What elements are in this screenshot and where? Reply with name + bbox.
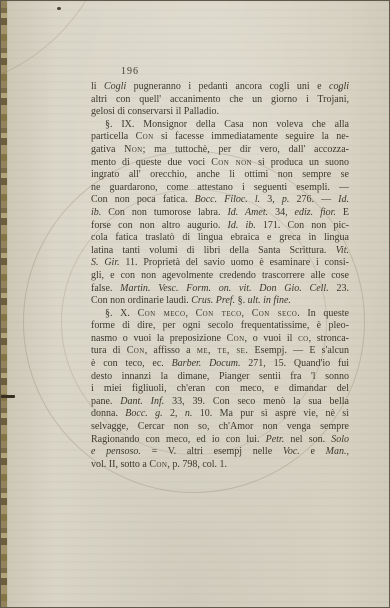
- text-segment: false.: [91, 283, 120, 294]
- text-segment: selvagge, Cercar non so, ch'Amor non ven…: [91, 421, 349, 432]
- text-line: gativa Non; ma tuttochè, per dir vero, d…: [91, 144, 349, 157]
- text-segment: ingrato all' orecchio, anche li ottimi n…: [91, 169, 349, 180]
- text-line: li Cogli pugneranno i pedanti ancora cog…: [91, 81, 349, 94]
- text-segment: donna.: [91, 408, 125, 419]
- text-segment: Con meco: [138, 308, 186, 319]
- text-segment: ,: [185, 308, 195, 319]
- text-segment: 171. Con non pic-: [256, 220, 349, 231]
- text-line: cola fatica traslatò di lingua ebraica e…: [91, 232, 349, 245]
- text-segment: Con: [149, 459, 167, 470]
- text-segment: altri con quell' accanimento che un gior…: [91, 94, 349, 105]
- text-segment: è con teco, ec.: [91, 358, 172, 369]
- text-line: ingrato all' orecchio, anche li ottimi n…: [91, 169, 349, 182]
- text-segment: ediz. fior.: [295, 207, 336, 218]
- text-segment: . In queste: [297, 308, 349, 319]
- text-segment: 3,: [260, 194, 282, 205]
- text-line: donna. Bocc. g. 2, n. 10. Ma pur sì aspr…: [91, 408, 349, 421]
- text-segment: 23.: [329, 283, 349, 294]
- text-block: li Cogli pugneranno i pedanti ancora cog…: [91, 81, 349, 471]
- text-segment: li: [91, 81, 104, 92]
- text-segment: mento di queste due voci: [91, 157, 211, 168]
- text-segment: Ragionando con meco, ed io con lui.: [91, 434, 266, 445]
- text-segment: forme di dire, per ogni secolo frequenta…: [91, 320, 349, 331]
- text-segment: , p. 798, col. 1.: [167, 459, 227, 470]
- text-segment: Petr.: [266, 434, 285, 445]
- text-segment: , stronca-: [309, 333, 349, 344]
- text-line: Ragionando con meco, ed io con lui. Petr…: [91, 434, 349, 447]
- text-segment: cogli: [329, 81, 349, 92]
- text-segment: ult. in fine.: [248, 295, 291, 306]
- text-segment: Dant. Inf.: [120, 396, 164, 407]
- text-segment: Id. ib.: [227, 220, 255, 231]
- text-segment: Con: [227, 333, 245, 344]
- text-line: gli, e con non agevolmente credendo tras…: [91, 270, 349, 283]
- text-line: pane. Dant. Inf. 33, 39. Con seco menò l…: [91, 396, 349, 409]
- text-line: forme di dire, per ogni secolo frequenta…: [91, 320, 349, 333]
- text-segment: 271, 15. Quand'io fui: [240, 358, 349, 369]
- plate-mark-corner-arc: [0, 0, 115, 91]
- text-segment: Vit.: [336, 245, 349, 256]
- text-segment: Voc.: [283, 446, 300, 457]
- text-segment: §. X.: [105, 308, 138, 319]
- text-segment: Con: [136, 131, 154, 142]
- text-line: vol. II, sotto a Con, p. 798, col. 1.: [91, 459, 349, 472]
- text-segment: latina tanti volumi di libri della Santa…: [91, 245, 336, 256]
- text-line: i miei figliuoli, ch'eran con meco, e di…: [91, 383, 349, 396]
- page-binding-edge: [1, 1, 8, 607]
- text-segment: Con non tumorose labra.: [101, 207, 227, 218]
- text-segment: , o vuoi il: [245, 333, 299, 344]
- text-segment: gativa: [91, 144, 124, 155]
- text-line: forse con non altro augurio. Id. ib. 171…: [91, 220, 349, 233]
- text-line: false. Martin. Vesc. Form. on. vit. Don …: [91, 283, 349, 296]
- text-segment: §.: [235, 295, 248, 306]
- text-line: gelosi di conservarsi il Palladio.: [91, 106, 349, 119]
- text-line: S. Gir. 11. Proprietà del savio uomo è e…: [91, 257, 349, 270]
- text-segment: desto innanzi la dimane, Pianger sentii …: [91, 371, 349, 382]
- text-segment: Con non poca fatica.: [91, 194, 195, 205]
- paper-speck: [1, 395, 15, 398]
- text-line: Con non ordinarie laudi. Crus. Pref. §. …: [91, 295, 349, 308]
- text-segment: 33, 39. Con seco menò la sua bella: [164, 396, 349, 407]
- text-line: §. IX. Monsignor della Casa non voleva c…: [91, 119, 349, 132]
- text-segment: = V. altri esempj nelle: [141, 446, 283, 457]
- paper-speck: [57, 7, 61, 10]
- text-segment: Con non: [211, 157, 252, 168]
- text-segment: 34,: [268, 207, 294, 218]
- text-segment: Esempj. — E s'alcun: [248, 345, 349, 356]
- book-page-scan: 196 li Cogli pugneranno i pedanti ancora…: [0, 0, 390, 608]
- text-segment: Bocc. g.: [125, 408, 162, 419]
- text-line: selvagge, Cercar non so, ch'Amor non ven…: [91, 421, 349, 434]
- text-segment: tura di: [91, 345, 127, 356]
- text-segment: 11. Proprietà del savio uomo è esaminare…: [120, 257, 349, 268]
- text-segment: 2,: [163, 408, 185, 419]
- text-line: §. X. Con meco, Con teco, Con seco. In q…: [91, 308, 349, 321]
- text-segment: Bocc. Filoc. l.: [195, 194, 261, 205]
- text-segment: me, te, se.: [197, 345, 249, 356]
- text-segment: co: [298, 333, 309, 344]
- text-segment: , affisso a: [145, 345, 197, 356]
- text-segment: Crus. Pref.: [191, 295, 235, 306]
- text-segment: Solo: [331, 434, 349, 445]
- text-segment: cola fatica traslatò di lingua ebraica e…: [91, 232, 349, 243]
- text-segment: Martin. Vesc. Form. on. vit. Don Gio. Ce…: [120, 283, 329, 294]
- text-segment: Con non ordinarie laudi.: [91, 295, 191, 306]
- text-line: desto innanzi la dimane, Pianger sentii …: [91, 371, 349, 384]
- text-segment: Man.,: [326, 446, 349, 457]
- page-number: 196: [121, 66, 139, 77]
- text-line: particella Con si facesse immediatamente…: [91, 131, 349, 144]
- text-segment: e pensoso.: [91, 446, 141, 457]
- text-line: ne guardarono, come attestano i seguenti…: [91, 182, 349, 195]
- text-line: tura di Con, affisso a me, te, se. Esemp…: [91, 345, 349, 358]
- text-segment: Con: [127, 345, 145, 356]
- text-segment: 10. Ma pur sì aspre vie, nè sì: [192, 408, 349, 419]
- text-line: ib. Con non tumorose labra. Id. Amet. 34…: [91, 207, 349, 220]
- text-segment: nel son.: [284, 434, 331, 445]
- text-segment: si produca un suono: [252, 157, 349, 168]
- text-segment: pugneranno i pedanti ancora cogli uni e: [126, 81, 329, 92]
- text-segment: ; ma tuttochè, per dir vero, dall' accoz…: [143, 144, 349, 155]
- text-segment: gli, e con non agevolmente credendo tras…: [91, 270, 349, 281]
- text-segment: ne guardarono, come attestano i seguenti…: [91, 182, 349, 193]
- text-segment: ib.: [91, 207, 101, 218]
- text-segment: particella: [91, 131, 136, 142]
- text-segment: Non: [124, 144, 143, 155]
- text-line: nasmo o vuoi la preposizione Con, o vuoi…: [91, 333, 349, 346]
- text-line: Con non poca fatica. Bocc. Filoc. l. 3, …: [91, 194, 349, 207]
- text-segment: nasmo o vuoi la preposizione: [91, 333, 227, 344]
- text-line: e pensoso. = V. altri esempj nelle Voc. …: [91, 446, 349, 459]
- text-segment: 276. —: [289, 194, 338, 205]
- text-segment: vol. II, sotto a: [91, 459, 149, 470]
- text-segment: Con seco: [252, 308, 298, 319]
- text-segment: Cogli: [104, 81, 126, 92]
- text-segment: Con teco: [196, 308, 242, 319]
- text-segment: E: [336, 207, 349, 218]
- text-segment: Id. Amet.: [227, 207, 268, 218]
- text-line: altri con quell' accanimento che un gior…: [91, 94, 349, 107]
- text-segment: S. Gir.: [91, 257, 120, 268]
- text-segment: ,: [242, 308, 252, 319]
- text-segment: forse con non altro augurio.: [91, 220, 227, 231]
- text-line: latina tanti volumi di libri della Santa…: [91, 245, 349, 258]
- text-segment: Id.: [338, 194, 349, 205]
- text-line: è con teco, ec. Barber. Docum. 271, 15. …: [91, 358, 349, 371]
- text-segment: pane.: [91, 396, 120, 407]
- text-segment: si facesse immediatamente seguire la ne-: [154, 131, 349, 142]
- text-segment: e: [300, 446, 326, 457]
- text-segment: gelosi di conservarsi il Palladio.: [91, 106, 219, 117]
- text-segment: §. IX. Monsignor della Casa non voleva c…: [105, 119, 349, 130]
- text-segment: Barber. Docum.: [172, 358, 241, 369]
- text-segment: i miei figliuoli, ch'eran con meco, e di…: [91, 383, 349, 394]
- text-line: mento di queste due voci Con non si prod…: [91, 157, 349, 170]
